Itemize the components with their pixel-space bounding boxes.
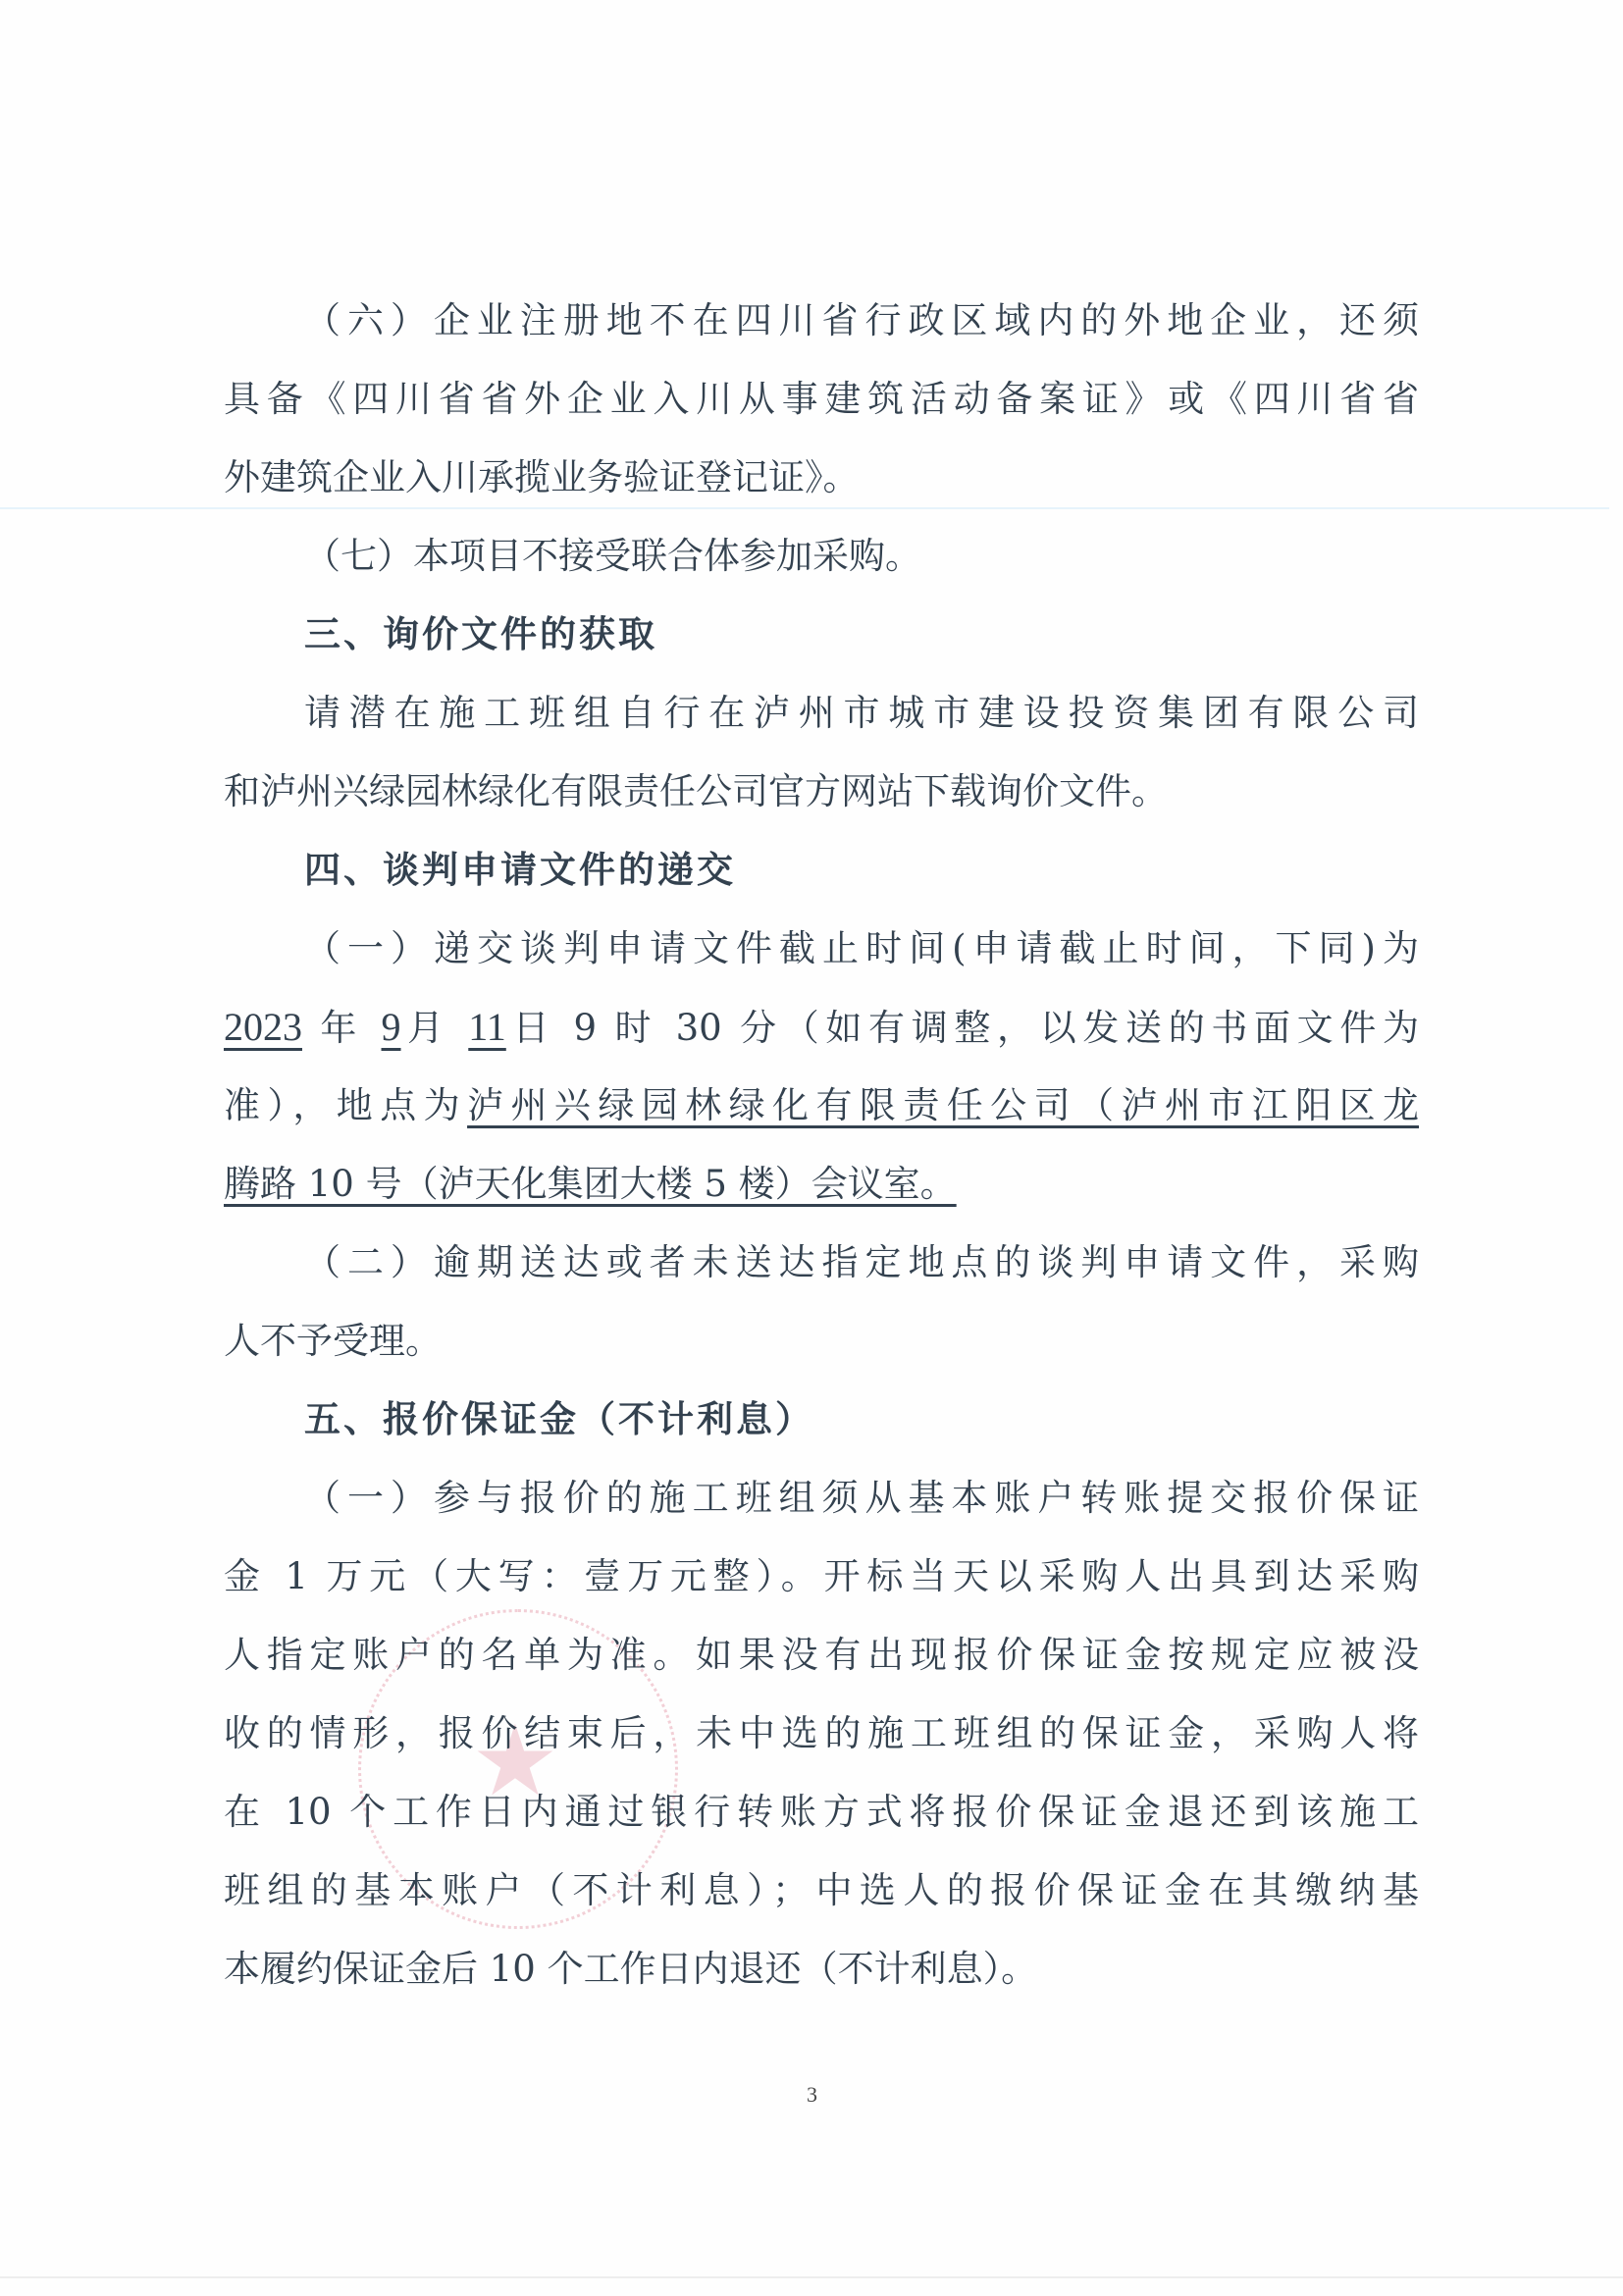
- document-page: ★ （六）企业注册地不在四川省行政区域内的外地企业，还须 具备《四川省省外企业入…: [0, 0, 1623, 2296]
- document-body: （六）企业注册地不在四川省行政区域内的外地企业，还须 具备《四川省省外企业入川从…: [224, 282, 1419, 2009]
- paragraph-line: 和泸州兴绿园林绿化有限责任公司官方网站下载询价文件。: [224, 753, 1419, 831]
- location-line: 准），地点为泸州兴绿园林绿化有限责任公司（泸州市江阳区龙: [224, 1067, 1419, 1145]
- section-heading-4: 四、谈判申请文件的递交: [224, 831, 1419, 910]
- paragraph-line: 具备《四川省省外企业入川从事建筑活动备案证》或《四川省省: [224, 360, 1419, 439]
- deadline-month: 9: [382, 1005, 401, 1049]
- day-unit: 日 9 时 30 分（如有调整，以发送的书面文件为: [506, 1007, 1419, 1049]
- paragraph-line: 外建筑企业入川承揽业务验证登记证》。: [224, 439, 1419, 517]
- paragraph-line: 班组的基本账户（不计利息）；中选人的报价保证金在其缴纳基: [224, 1852, 1419, 1930]
- paragraph-line: 金 1 万元（大写：壹万元整）。开标当天以采购人出具到达采购: [224, 1538, 1419, 1616]
- scan-artifact-line: [0, 2276, 1623, 2278]
- paragraph-line: （一）递交谈判申请文件截止时间(申请截止时间，下同)为: [224, 910, 1419, 988]
- location-prefix: 准），地点为: [224, 1084, 467, 1126]
- paragraph-line: 人指定账户的名单为准。如果没有出现报价保证金按规定应被没: [224, 1616, 1419, 1695]
- paragraph-line: （一）参与报价的施工班组须从基本账户转账提交报价保证: [224, 1459, 1419, 1538]
- section-heading-3: 三、询价文件的获取: [224, 596, 1419, 674]
- paragraph-line: 在 10 个工作日内通过银行转账方式将报价保证金退还到该施工: [224, 1773, 1419, 1852]
- location-line-2: 腾路 10 号（泸天化集团大楼 5 楼）会议室。: [224, 1145, 1419, 1224]
- year-unit: 年: [302, 1007, 382, 1049]
- paragraph-line: 人不予受理。: [224, 1302, 1419, 1381]
- deadline-line: 2023 年 9月 11日 9 时 30 分（如有调整，以发送的书面文件为: [224, 988, 1419, 1067]
- section-heading-5: 五、报价保证金（不计利息）: [224, 1381, 1419, 1459]
- page-number: 3: [807, 2082, 817, 2108]
- paragraph-line: （七）本项目不接受联合体参加采购。: [224, 517, 1419, 596]
- paragraph-line: 本履约保证金后 10 个工作日内退还（不计利息）。: [224, 1930, 1419, 2009]
- deadline-year: 2023: [224, 1005, 302, 1049]
- paragraph-line: （二）逾期送达或者未送达指定地点的谈判申请文件，采购: [224, 1224, 1419, 1302]
- paragraph-line: 请潜在施工班组自行在泸州市城市建设投资集团有限公司: [224, 674, 1419, 753]
- location-address-cont: 腾路 10 号（泸天化集团大楼 5 楼）会议室。: [224, 1163, 957, 1205]
- deadline-day: 11: [468, 1005, 506, 1049]
- location-address: 泸州兴绿园林绿化有限责任公司（泸州市江阳区龙: [467, 1084, 1419, 1126]
- paragraph-line: （六）企业注册地不在四川省行政区域内的外地企业，还须: [224, 282, 1419, 360]
- paragraph-line: 收的情形，报价结束后，未中选的施工班组的保证金，采购人将: [224, 1695, 1419, 1773]
- month-unit: 月: [401, 1007, 469, 1049]
